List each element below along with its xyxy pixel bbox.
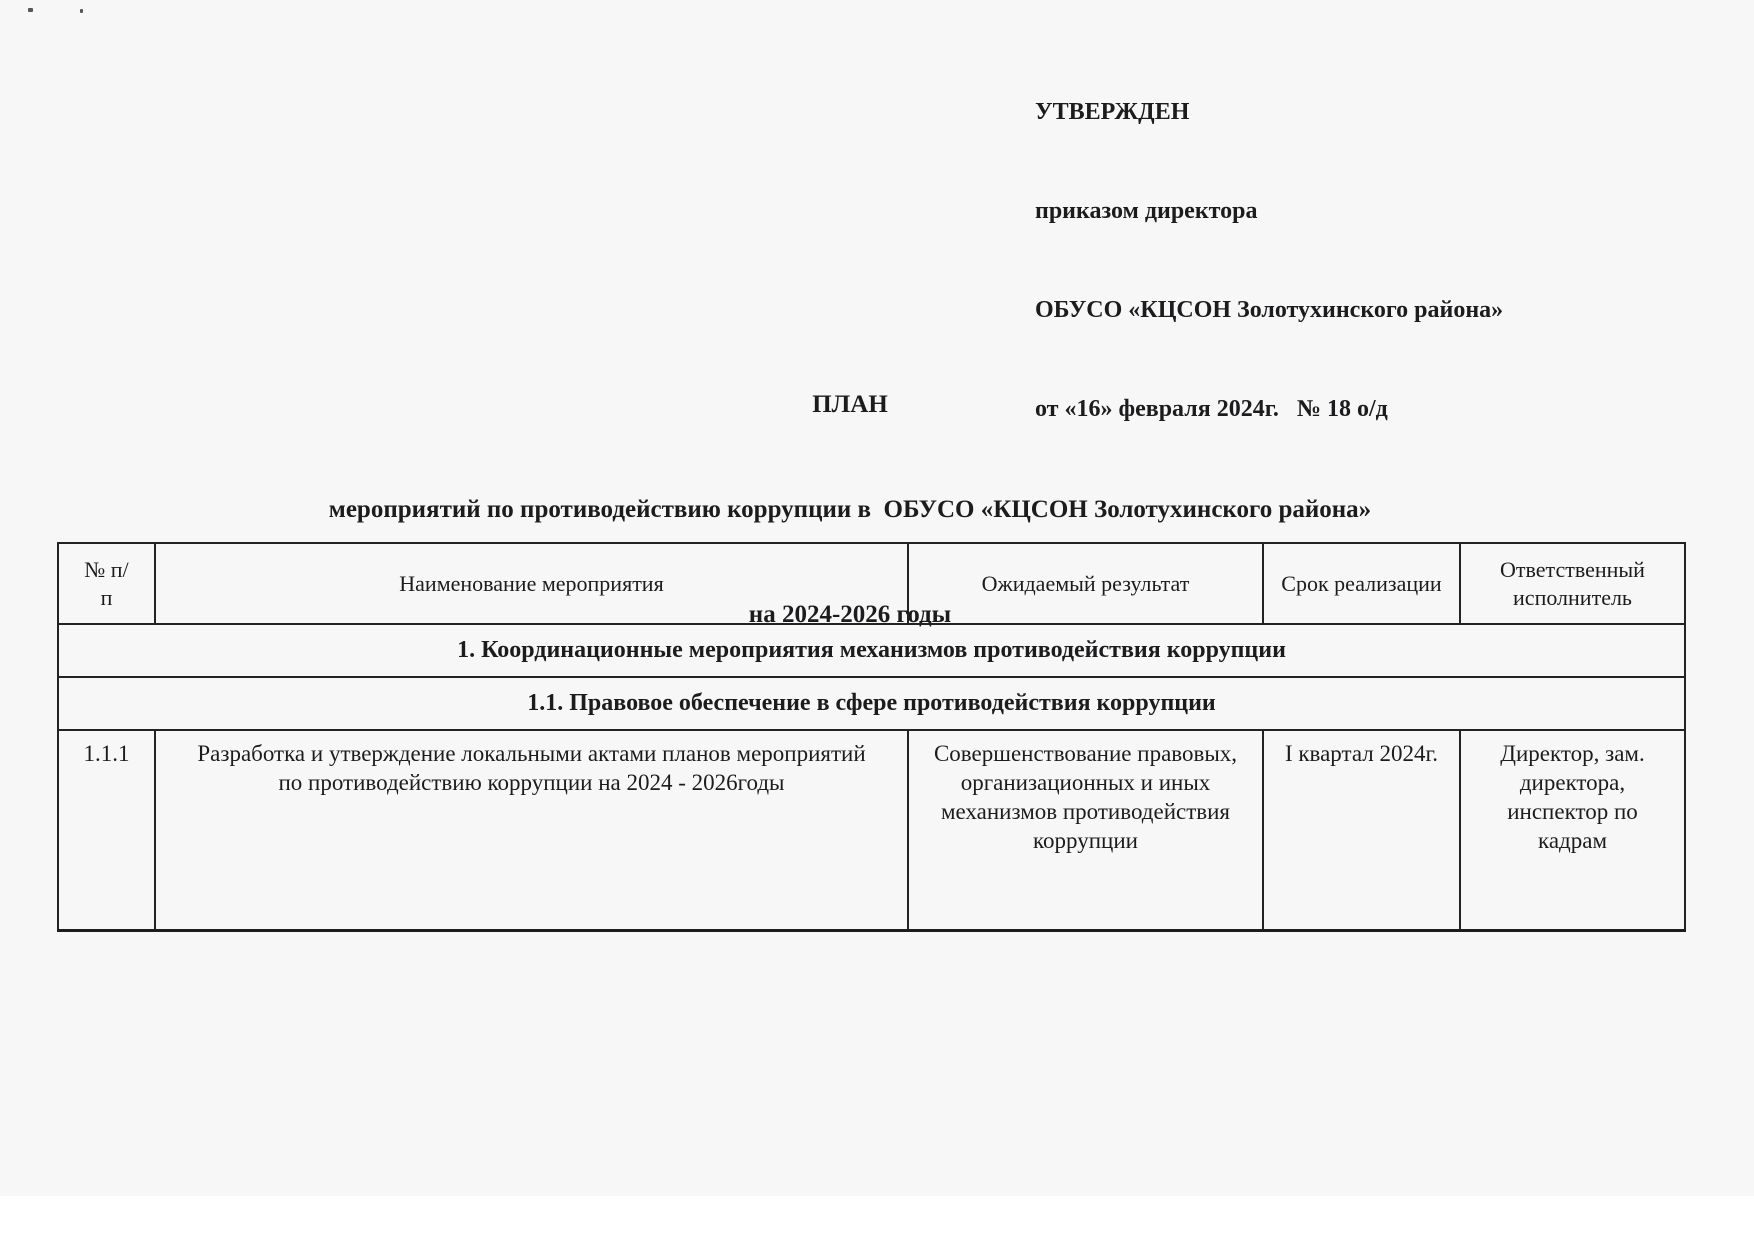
cell-num: 1.1.1: [58, 730, 155, 930]
cell-activity-text: Разработка и утверждение локальными акта…: [192, 739, 872, 797]
approval-line-1: УТВЕРЖДЕН: [1035, 96, 1503, 129]
header-responsible: Ответственный исполнитель: [1460, 543, 1685, 624]
cell-responsible-text: Директор, зам. директора, инспектор по к…: [1488, 739, 1658, 855]
section-1-1-title: 1.1. Правовое обеспечение в сфере против…: [58, 677, 1685, 730]
header-deadline: Срок реализации: [1263, 543, 1460, 624]
cell-deadline: I квартал 2024г.: [1263, 730, 1460, 930]
scan-speck: [28, 8, 33, 12]
header-num-label: № п/п: [84, 556, 130, 612]
title-line-1: ПЛАН: [0, 387, 1700, 422]
section-row-1-1: 1.1. Правовое обеспечение в сфере против…: [58, 677, 1685, 730]
table-row: 1.1.1 Разработка и утверждение локальным…: [58, 730, 1685, 930]
header-activity: Наименование мероприятия: [155, 543, 908, 624]
cell-result-text: Совершенствование правовых, организацион…: [918, 739, 1253, 855]
cell-responsible: Директор, зам. директора, инспектор по к…: [1460, 730, 1685, 930]
scan-bottom-edge: [0, 1196, 1754, 1218]
header-num: № п/п: [58, 543, 155, 624]
title-line-2: мероприятий по противодействию коррупции…: [0, 492, 1700, 527]
cell-result: Совершенствование правовых, организацион…: [908, 730, 1263, 930]
section-1-title: 1. Координационные мероприятия механизмо…: [58, 624, 1685, 677]
scanned-page: УТВЕРЖДЕН приказом директора ОБУСО «КЦСО…: [0, 0, 1754, 1218]
plan-table: № п/п Наименование мероприятия Ожидаемый…: [57, 542, 1686, 932]
table-header-row: № п/п Наименование мероприятия Ожидаемый…: [58, 543, 1685, 624]
section-row-1: 1. Координационные мероприятия механизмо…: [58, 624, 1685, 677]
cell-activity: Разработка и утверждение локальными акта…: [155, 730, 908, 930]
approval-line-2: приказом директора: [1035, 195, 1503, 228]
scan-speck: [80, 9, 83, 13]
header-result: Ожидаемый результат: [908, 543, 1263, 624]
